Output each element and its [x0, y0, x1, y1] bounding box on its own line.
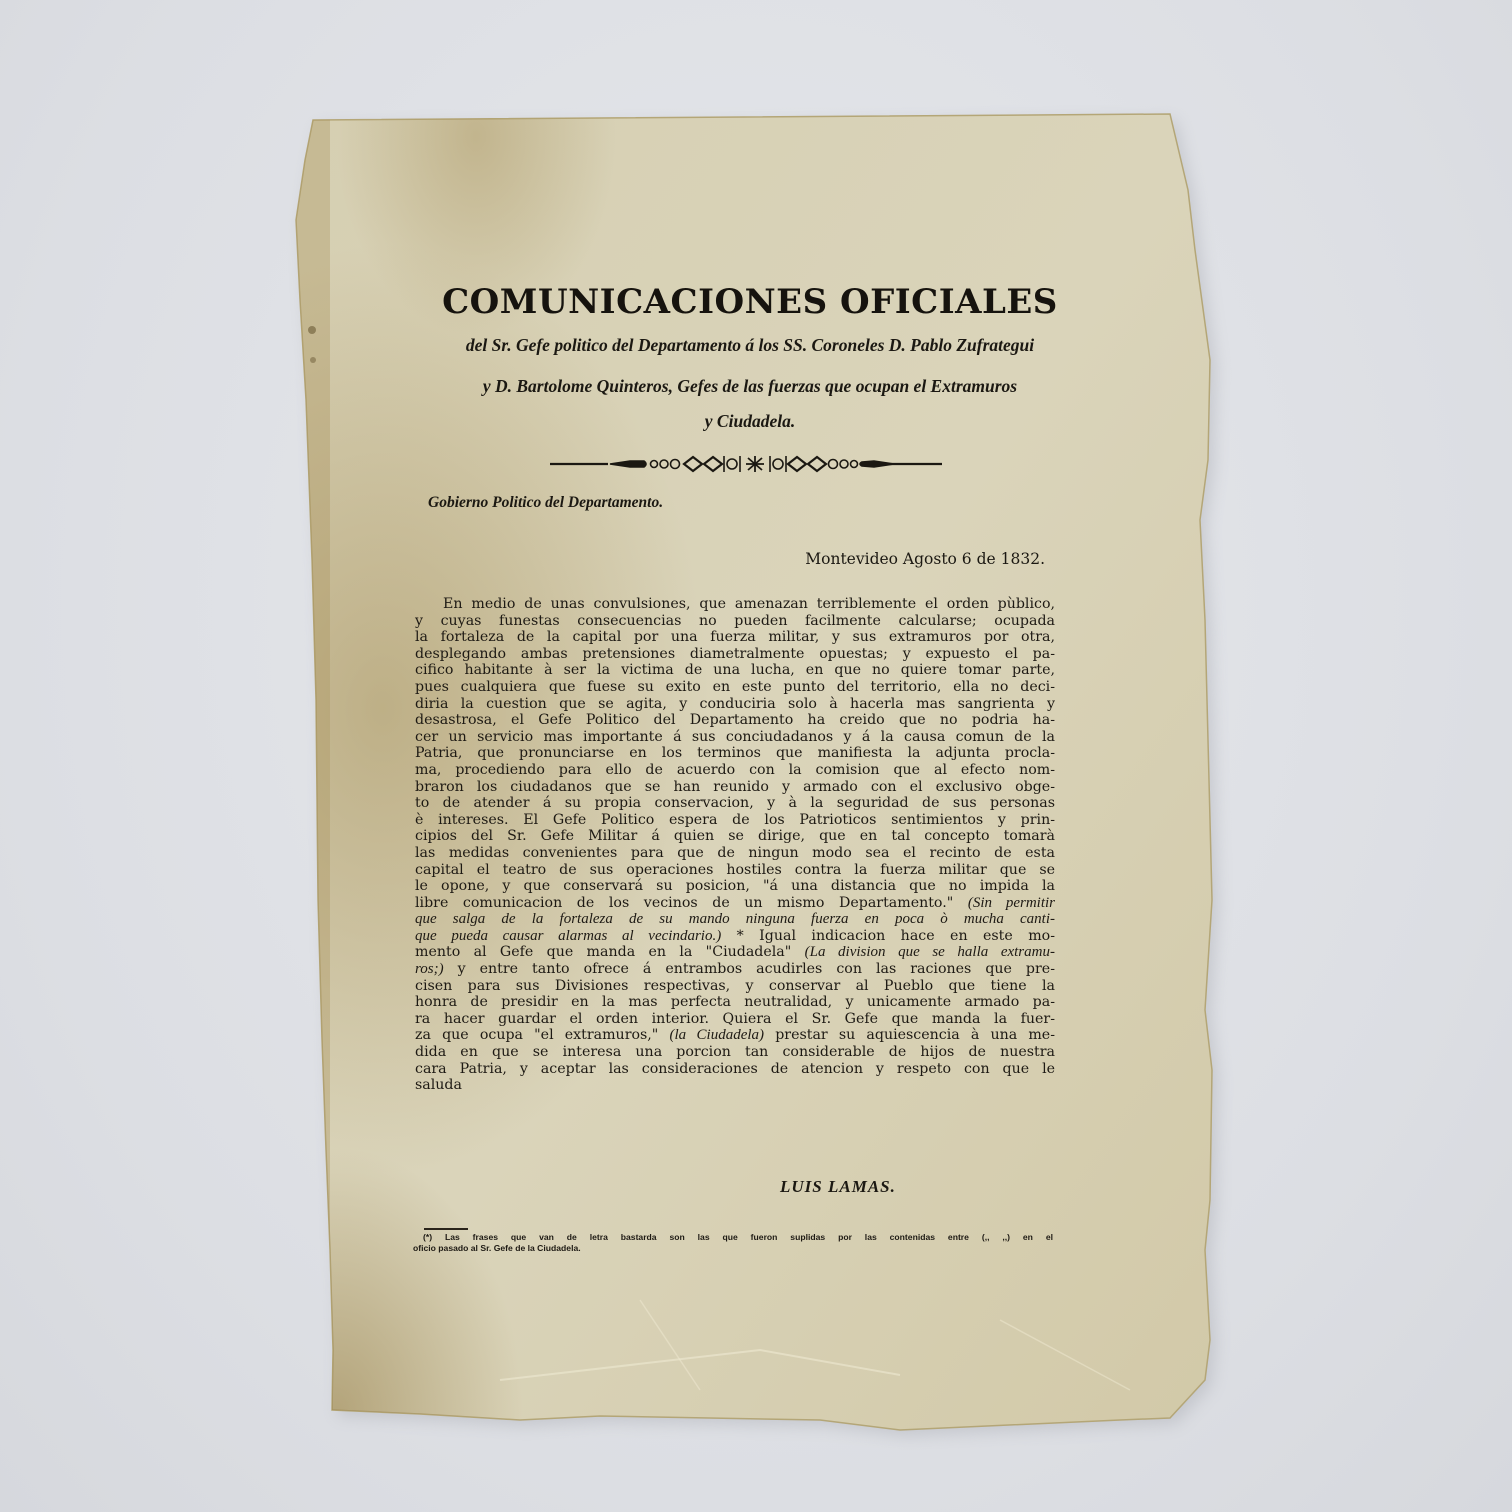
body-line: honra de presidir en la mas perfecta neu… [415, 994, 1055, 1011]
body-text-italic: (la Ciudadela) [670, 1027, 765, 1043]
decorative-rule-ornament-icon [548, 452, 944, 476]
body-line-mixed: que pueda causar alarmas al vecindario.)… [415, 928, 1055, 945]
body-line: cisen para sus Divisiones respectivas, y… [415, 978, 1055, 995]
body-line: cer un servicio mas importante á sus con… [415, 729, 1055, 746]
body-line: En medio de unas convulsiones, que amena… [415, 596, 1055, 613]
body-text-roman: libre comunicacion de los vecinos de un … [415, 895, 953, 911]
body-text-italic: (Sin permitir [968, 895, 1055, 911]
body-line-mixed: ros;) y entre tanto ofrece á entrambos a… [415, 961, 1055, 978]
body-line: è intereses. El Gefe Politico espera de … [415, 812, 1055, 829]
body-line: la fortaleza de la capital por una fuerz… [415, 629, 1055, 646]
footnote-line: oficio pasado al Sr. Gefe de la Ciudadel… [413, 1243, 1053, 1254]
body-text-italic: (La division que se halla extramu- [805, 944, 1055, 960]
subtitle-line-2: y D. Bartolome Quinteros, Gefes de las f… [430, 376, 1070, 397]
body-line: capital el teatro de sus operaciones hos… [415, 862, 1055, 879]
body-line: braron los ciudadanos que se han reunido… [415, 779, 1055, 796]
body-line: y cuyas funestas consecuencias no pueden… [415, 613, 1055, 630]
body-text-italic: ros;) [415, 961, 444, 977]
body-text-roman: prestar su aquiescencia à una me- [775, 1027, 1055, 1043]
footnote-line: (*) Las frases que van de letra bastarda… [413, 1232, 1053, 1243]
body-line: desplegando ambas pretensiones diametral… [415, 646, 1055, 663]
body-line: ra hacer guardar el orden interior. Quie… [415, 1011, 1055, 1028]
signature: LUIS LAMAS. [780, 1177, 896, 1197]
body-line: desastrosa, el Gefe Politico del Departa… [415, 712, 1055, 729]
subtitle-line-1: del Sr. Gefe politico del Departamento á… [430, 335, 1070, 356]
body-text-italic: que pueda causar alarmas al vecindario.) [415, 928, 721, 944]
body-line: las medidas convenientes para que de nin… [415, 845, 1055, 862]
footnote: (*) Las frases que van de letra bastarda… [413, 1232, 1053, 1254]
body-line-italic: que salga de la fortaleza de su mando ni… [415, 911, 1055, 928]
letter-body: En medio de unas convulsiones, que amena… [415, 596, 1055, 1094]
issuing-office: Gobierno Politico del Departamento. [428, 494, 663, 512]
footnote-divider [424, 1228, 468, 1230]
body-line-mixed: libre comunicacion de los vecinos de un … [415, 895, 1055, 912]
body-line: diria la cuestion que se agita, y conduc… [415, 696, 1055, 713]
body-text-roman: * Igual indicacion hace en este mo- [737, 928, 1055, 944]
body-line: ma, procediendo para ello de acuerdo con… [415, 762, 1055, 779]
body-line-mixed: mento al Gefe que manda en la "Ciudadela… [415, 944, 1055, 961]
body-line: cifico habitante à ser la victima de una… [415, 662, 1055, 679]
body-text-roman: y entre tanto ofrece á entrambos acudirl… [458, 961, 1055, 977]
body-text-roman: mento al Gefe que manda en la "Ciudadela… [415, 944, 791, 960]
body-line: Patria, que pronunciarse en los terminos… [415, 745, 1055, 762]
body-line: cara Patria, y aceptar las consideracion… [415, 1061, 1055, 1078]
document-page: COMUNICACIONES OFICIALES del Sr. Gefe po… [0, 0, 1512, 1512]
body-line: le opone, y que conservará su posicion, … [415, 878, 1055, 895]
body-line: to de atender á su propia conservacion, … [415, 795, 1055, 812]
body-line: saluda [415, 1077, 1055, 1094]
document-title: COMUNICACIONES OFICIALES [440, 282, 1060, 322]
body-line: pues cualquiera que fuese su exito en es… [415, 679, 1055, 696]
subtitle-line-3: y Ciudadela. [430, 411, 1070, 432]
body-line-mixed: za que ocupa "el extramuros," (la Ciudad… [415, 1027, 1055, 1044]
body-line: dida en que se interesa una porcion tan … [415, 1044, 1055, 1061]
body-text-roman: za que ocupa "el extramuros," [415, 1027, 658, 1043]
body-line: cipios del Sr. Gefe Militar á quien se d… [415, 828, 1055, 845]
body-text-italic: que salga de la fortaleza de su mando ni… [415, 911, 1055, 927]
dateline: Montevideo Agosto 6 de 1832. [780, 550, 1045, 568]
